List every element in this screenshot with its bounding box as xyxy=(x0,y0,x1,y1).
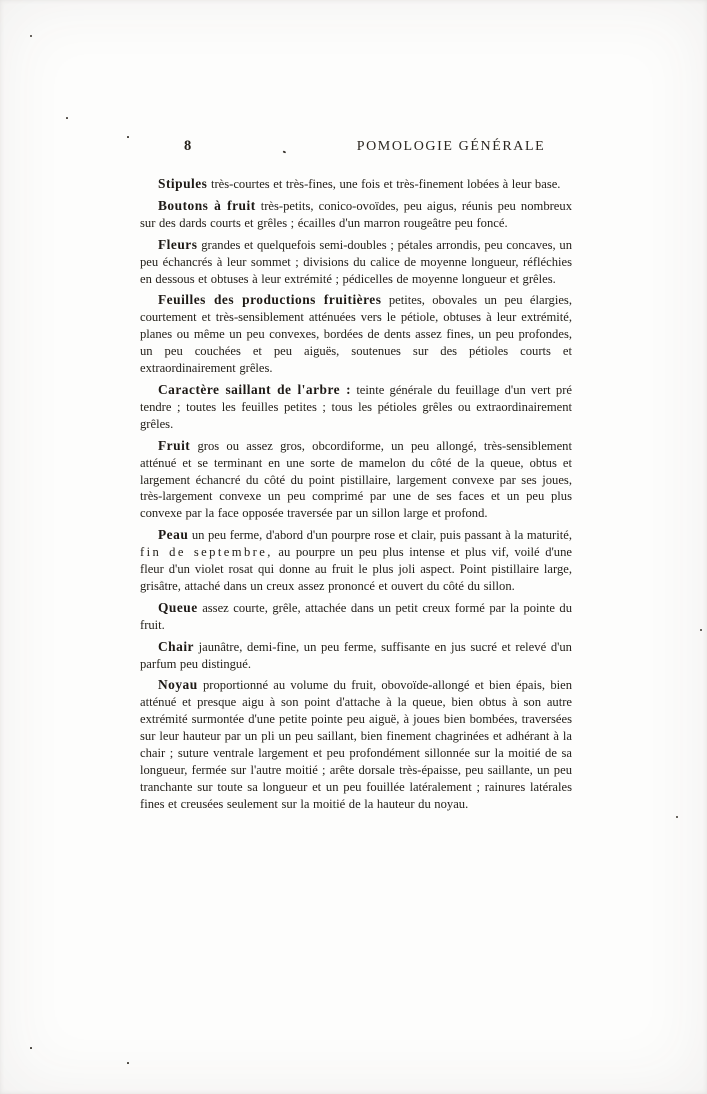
section-body: gros ou assez gros, obcordiforme, un peu… xyxy=(140,439,572,521)
section-caractere-saillant: Caractère saillant de l'arbre : teinte g… xyxy=(140,382,572,433)
section-label: Peau xyxy=(158,527,188,542)
section-label: Noyau xyxy=(158,677,198,692)
section-fruit: Fruit gros ou assez gros, obcordiforme, … xyxy=(140,438,572,523)
section-body: très-courtes et très-fines, une fois et … xyxy=(211,177,561,191)
section-peau: Peau un peu ferme, d'abord d'un pourpre … xyxy=(140,527,572,595)
running-header-title: POMOLOGIE GÉNÉRALE xyxy=(357,139,546,155)
scan-speck xyxy=(30,35,32,37)
text-block: 8 POMOLOGIE GÉNÉRALE Stipules très-court… xyxy=(140,138,572,818)
section-body: jaunâtre, demi-fine, un peu ferme, suffi… xyxy=(140,640,572,671)
section-label: Chair xyxy=(158,639,194,654)
section-noyau: Noyau proportionné au volume du fruit, o… xyxy=(140,677,572,812)
section-body: assez courte, grêle, attachée dans un pe… xyxy=(140,601,572,632)
section-body: un peu ferme, d'abord d'un pourpre rose … xyxy=(192,528,572,542)
scan-speck xyxy=(66,117,68,119)
section-chair: Chair jaunâtre, demi-fine, un peu ferme,… xyxy=(140,639,572,673)
section-fleurs: Fleurs grandes et quelquefois semi-doubl… xyxy=(140,237,572,288)
section-body: grandes et quelquefois semi-doubles ; pé… xyxy=(140,238,572,286)
scan-speck xyxy=(127,136,129,138)
book-page: 8 POMOLOGIE GÉNÉRALE Stipules très-court… xyxy=(0,0,707,1094)
section-label: Queue xyxy=(158,600,198,615)
section-stipules: Stipules très-courtes et très-fines, une… xyxy=(140,176,572,193)
section-boutons-a-fruit: Boutons à fruit très-petits, conico-ovoï… xyxy=(140,198,572,232)
section-body-emphasis: fin de septembre, xyxy=(140,545,273,559)
scan-speck xyxy=(700,629,702,631)
section-label: Feuilles des productions fruitières xyxy=(158,292,381,307)
scan-speck xyxy=(676,816,678,818)
body-text: Stipules très-courtes et très-fines, une… xyxy=(140,176,572,813)
section-label: Boutons à fruit xyxy=(158,198,256,213)
section-queue: Queue assez courte, grêle, attachée dans… xyxy=(140,600,572,634)
section-feuilles: Feuilles des productions fruitières peti… xyxy=(140,292,572,377)
section-label: Caractère saillant de l'arbre : xyxy=(158,382,351,397)
section-label: Fleurs xyxy=(158,237,197,252)
section-label: Fruit xyxy=(158,438,190,453)
running-header: 8 POMOLOGIE GÉNÉRALE xyxy=(140,138,572,158)
scan-speck xyxy=(30,1047,32,1049)
section-label: Stipules xyxy=(158,176,207,191)
page-number: 8 xyxy=(184,138,191,155)
scan-speck xyxy=(127,1062,129,1064)
section-body: proportionné au volume du fruit, obovoïd… xyxy=(140,678,572,810)
